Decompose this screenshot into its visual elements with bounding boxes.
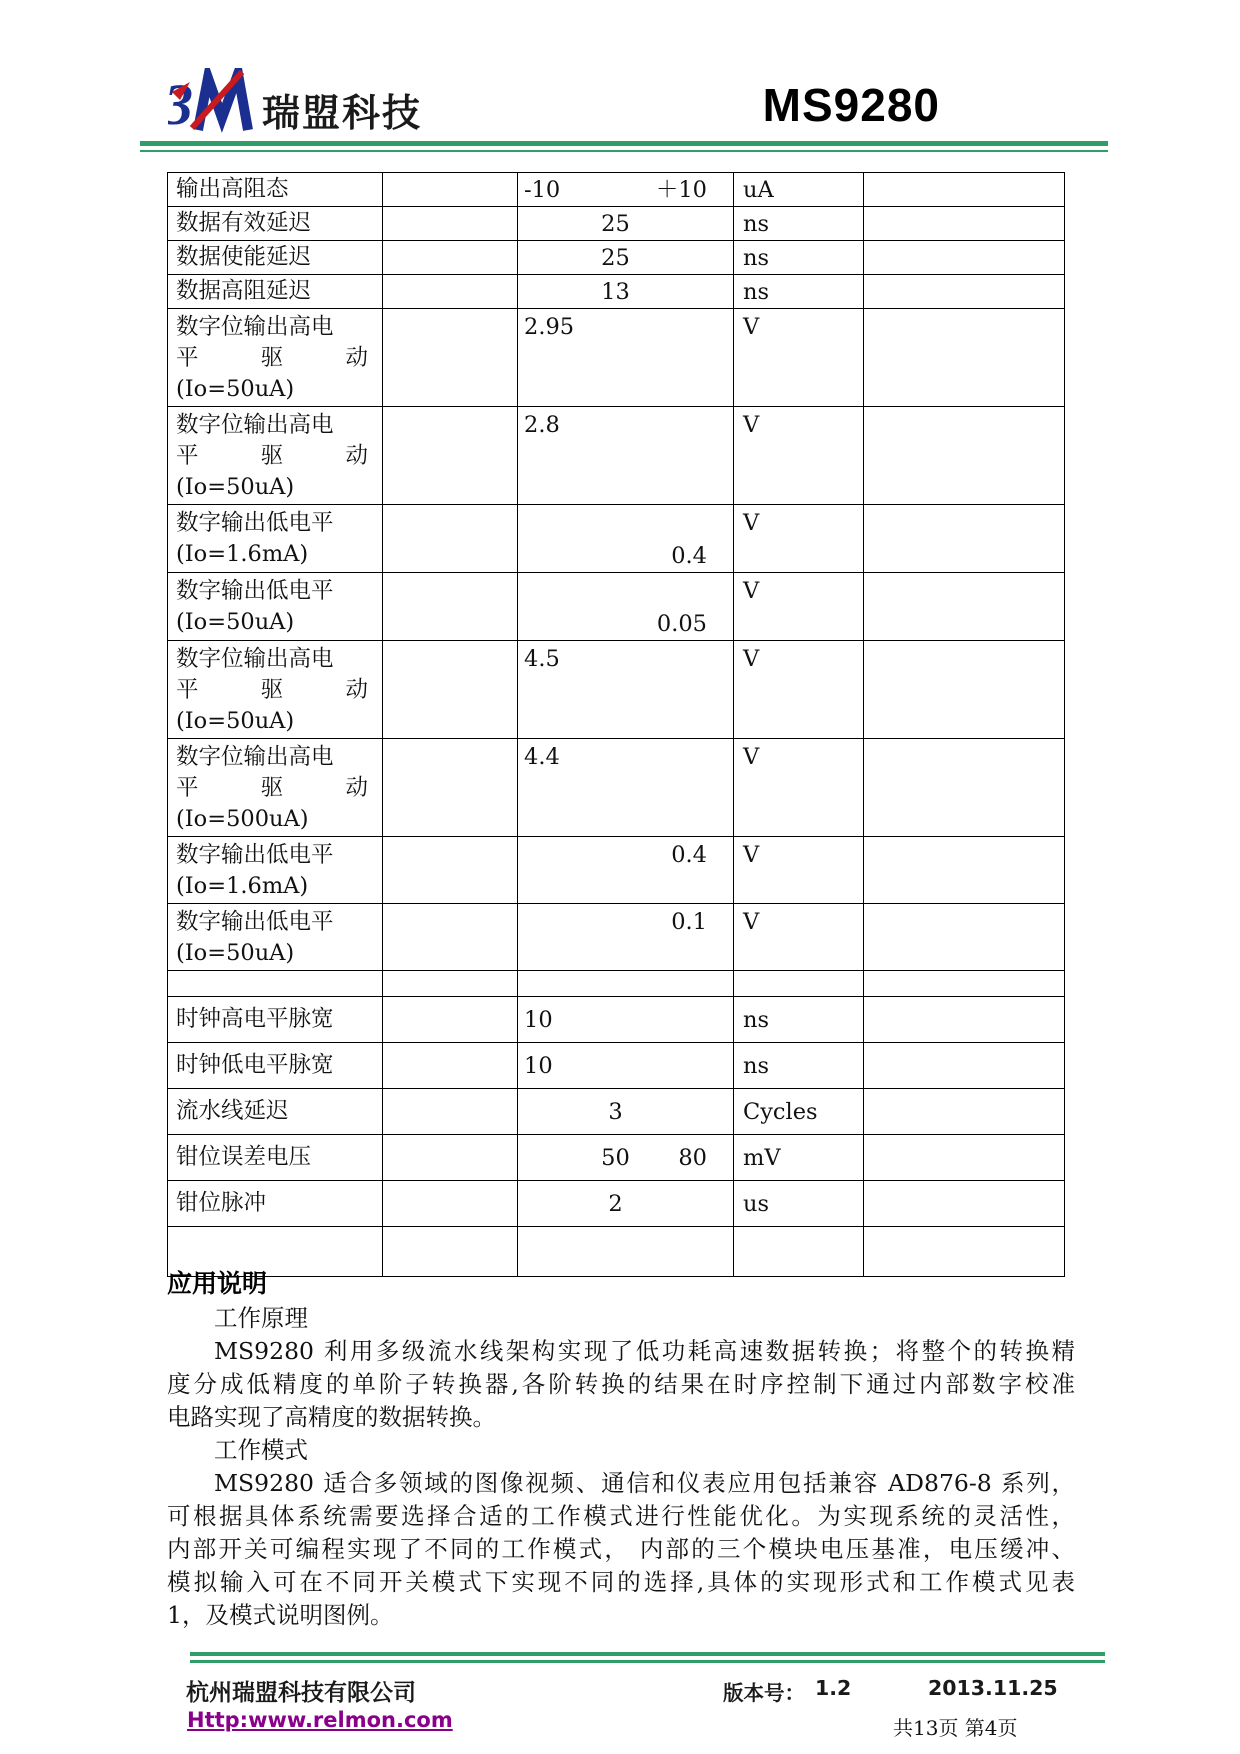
unit-cell: V <box>734 904 864 971</box>
min-value: 4.4 <box>518 742 585 772</box>
max-value: 0.1 <box>646 907 733 937</box>
company-logo: 3 <box>168 68 260 138</box>
value-cell: 4.5 <box>518 641 734 739</box>
param-cell: 数字位输出高电平 驱 动(Io=50uA) <box>168 407 383 505</box>
value-cell: 10 <box>518 1043 734 1089</box>
param-text: 数字输出低电平 <box>176 840 376 871</box>
condition-cell <box>383 309 518 407</box>
unit-cell: ns <box>734 1043 864 1089</box>
note-cell <box>864 1135 1065 1181</box>
condition-cell <box>383 1135 518 1181</box>
unit-cell: ns <box>734 207 864 241</box>
svg-text:3: 3 <box>168 72 193 137</box>
company-name: 瑞盟科技 <box>262 82 422 137</box>
note-cell <box>864 997 1065 1043</box>
value-cell: 2 <box>518 1181 734 1227</box>
value-cell: 4.4 <box>518 739 734 837</box>
param-text: 数字位输出高电 <box>176 644 376 675</box>
param-cell: 数字输出低电平(Io=50uA) <box>168 904 383 971</box>
unit-cell: V <box>734 573 864 641</box>
min-value <box>518 1143 585 1173</box>
max-value <box>646 1051 733 1081</box>
note-cell <box>864 309 1065 407</box>
max-value: 0.4 <box>646 541 733 571</box>
table-row: 数字输出低电平(Io=1.6mA)0.4V <box>168 505 1065 573</box>
max-value <box>646 410 733 440</box>
value-cell: 25 <box>518 241 734 275</box>
min-value <box>518 541 585 571</box>
table-row: 时钟低电平脉宽10ns <box>168 1043 1065 1089</box>
param-cell: 数据使能延迟 <box>168 241 383 275</box>
condition-cell <box>383 573 518 641</box>
note-cell <box>864 971 1065 997</box>
subsection-working-principle: 工作原理 <box>167 1302 1075 1335</box>
param-text: 数据使能延迟 <box>176 242 376 273</box>
paragraph-line: 模拟输入可在不同开关模式下实现不同的选择,具体的实现形式和工作模式见表 <box>167 1566 1075 1599</box>
condition-cell <box>383 275 518 309</box>
param-cell: 数据有效延迟 <box>168 207 383 241</box>
value-cell: 25 <box>518 207 734 241</box>
unit-cell <box>734 971 864 997</box>
paragraph-line: MS9280 利用多级流水线架构实现了低功耗高速数据转换；将整个的转换精 <box>167 1335 1075 1368</box>
param-cell: 数字输出低电平(Io=1.6mA) <box>168 505 383 573</box>
unit-cell: ns <box>734 241 864 275</box>
min-value: 10 <box>518 1051 585 1081</box>
min-value <box>518 1189 585 1219</box>
param-cell: 数字输出低电平(Io=1.6mA) <box>168 837 383 904</box>
paragraph-line: 内部开关可编程实现了不同的工作模式， 内部的三个模块电压基准，电压缓冲、 <box>167 1533 1075 1566</box>
typ-value: 2 <box>585 1189 646 1219</box>
typ-value: 50 <box>585 1143 646 1173</box>
param-cell: 数字输出低电平(Io=50uA) <box>168 573 383 641</box>
footer-version: 版本号： 1.2 <box>723 1676 851 1706</box>
table-row: 输出高阻态-10＋10uA <box>168 173 1065 207</box>
unit-cell: V <box>734 739 864 837</box>
param-text: 数字输出低电平 <box>176 576 376 607</box>
typ-value <box>585 312 646 342</box>
typ-value <box>585 1051 646 1081</box>
param-cell: 数字位输出高电平 驱 动(Io=500uA) <box>168 739 383 837</box>
condition-cell <box>383 971 518 997</box>
max-value <box>646 644 733 674</box>
max-value <box>646 277 733 307</box>
footer-website-link[interactable]: Http:www.relmon.com <box>187 1708 453 1732</box>
condition-cell <box>383 407 518 505</box>
value-cell: 2.8 <box>518 407 734 505</box>
min-value <box>518 1097 585 1127</box>
max-value <box>646 243 733 273</box>
param-text: 流水线延迟 <box>176 1096 376 1127</box>
max-value: 80 <box>646 1143 733 1173</box>
note-cell <box>864 904 1065 971</box>
version-label: 版本号： <box>723 1676 805 1706</box>
param-cell: 数字位输出高电平 驱 动(Io=50uA) <box>168 309 383 407</box>
typ-value: 13 <box>585 277 646 307</box>
param-cell: 时钟高电平脉宽 <box>168 997 383 1043</box>
typ-value <box>585 410 646 440</box>
param-text: (Io=1.6mA) <box>176 539 376 570</box>
max-value <box>646 1189 733 1219</box>
param-text: 钳位脉冲 <box>176 1188 376 1219</box>
param-cell: 数字位输出高电平 驱 动(Io=50uA) <box>168 641 383 739</box>
typ-value: 3 <box>585 1097 646 1127</box>
param-text: (Io=50uA) <box>176 607 376 638</box>
typ-value <box>585 541 646 571</box>
min-value: 2.95 <box>518 312 585 342</box>
condition-cell <box>383 904 518 971</box>
note-cell <box>864 505 1065 573</box>
param-text: 数据高阻延迟 <box>176 276 376 307</box>
param-text: 数字位输出高电 <box>176 410 376 441</box>
unit-cell: uA <box>734 173 864 207</box>
table-row: 数字位输出高电平 驱 动(Io=50uA)2.8V <box>168 407 1065 505</box>
typ-value: 25 <box>585 243 646 273</box>
unit-cell: V <box>734 309 864 407</box>
table-row: 数据使能延迟25ns <box>168 241 1065 275</box>
table-row: 数字输出低电平(Io=1.6mA)0.4V <box>168 837 1065 904</box>
spec-table-body: 输出高阻态-10＋10uA数据有效延迟25ns数据使能延迟25ns数据高阻延迟1… <box>168 173 1065 1277</box>
param-cell: 数据高阻延迟 <box>168 275 383 309</box>
min-value: -10 <box>518 175 585 205</box>
param-text: 时钟高电平脉宽 <box>176 1004 376 1035</box>
value-cell: 3 <box>518 1089 734 1135</box>
note-cell <box>864 739 1065 837</box>
param-text: 输出高阻态 <box>176 174 376 205</box>
param-text: 平 驱 动 <box>176 773 376 804</box>
min-value <box>518 609 585 639</box>
param-text: (Io=1.6mA) <box>176 871 376 902</box>
condition-cell <box>383 1181 518 1227</box>
value-cell: 5080 <box>518 1135 734 1181</box>
param-cell: 钳位脉冲 <box>168 1181 383 1227</box>
unit-cell: V <box>734 407 864 505</box>
note-cell <box>864 241 1065 275</box>
param-text: 数字位输出高电 <box>176 312 376 343</box>
note-cell <box>864 275 1065 309</box>
table-row: 钳位脉冲2us <box>168 1181 1065 1227</box>
typ-value <box>585 175 646 205</box>
typ-value <box>585 609 646 639</box>
max-value <box>646 312 733 342</box>
max-value <box>646 209 733 239</box>
value-cell: 13 <box>518 275 734 309</box>
param-text: 数字输出低电平 <box>176 508 376 539</box>
condition-cell <box>383 641 518 739</box>
condition-cell <box>383 837 518 904</box>
min-value: 2.8 <box>518 410 585 440</box>
param-text: (Io=50uA) <box>176 706 376 737</box>
value-cell: 2.95 <box>518 309 734 407</box>
param-text: 平 驱 动 <box>176 441 376 472</box>
param-text: 数字位输出高电 <box>176 742 376 773</box>
condition-cell <box>383 739 518 837</box>
condition-cell <box>383 505 518 573</box>
min-value <box>518 907 585 937</box>
note-cell <box>864 407 1065 505</box>
param-cell: 输出高阻态 <box>168 173 383 207</box>
footer-page-number: 共13页 第4页 <box>893 1712 1018 1741</box>
typ-value <box>585 1005 646 1035</box>
typ-value: 25 <box>585 209 646 239</box>
param-cell: 流水线延迟 <box>168 1089 383 1135</box>
table-row <box>168 971 1065 997</box>
typ-value <box>585 907 646 937</box>
min-value <box>518 277 585 307</box>
footer-company-name: 杭州瑞盟科技有限公司 <box>186 1674 416 1707</box>
value-cell: 0.1 <box>518 904 734 971</box>
footer-divider <box>190 1652 1105 1663</box>
header-divider <box>140 141 1108 152</box>
value-cell <box>518 971 734 997</box>
unit-cell: ns <box>734 997 864 1043</box>
table-row: 数据高阻延迟13ns <box>168 275 1065 309</box>
table-row: 流水线延迟3Cycles <box>168 1089 1065 1135</box>
note-cell <box>864 837 1065 904</box>
note-cell <box>864 1089 1065 1135</box>
typ-value <box>585 742 646 772</box>
param-text: 时钟低电平脉宽 <box>176 1050 376 1081</box>
unit-cell: V <box>734 505 864 573</box>
max-value <box>646 1097 733 1127</box>
param-text: 数字输出低电平 <box>176 907 376 938</box>
value-cell: 0.4 <box>518 837 734 904</box>
section-title: 应用说明 <box>167 1268 1075 1300</box>
spec-table: 输出高阻态-10＋10uA数据有效延迟25ns数据使能延迟25ns数据高阻延迟1… <box>167 172 1065 1277</box>
param-text: 平 驱 动 <box>176 343 376 374</box>
paragraph-principle: MS9280 利用多级流水线架构实现了低功耗高速数据转换；将整个的转换精度分成低… <box>167 1335 1075 1434</box>
unit-cell: mV <box>734 1135 864 1181</box>
condition-cell <box>383 997 518 1043</box>
table-row: 数字位输出高电平 驱 动(Io=50uA)4.5V <box>168 641 1065 739</box>
param-cell: 钳位误差电压 <box>168 1135 383 1181</box>
note-cell <box>864 1043 1065 1089</box>
unit-cell: Cycles <box>734 1089 864 1135</box>
max-value <box>646 1005 733 1035</box>
paragraph-line: 1，及模式说明图例。 <box>167 1599 1075 1632</box>
subsection-working-mode: 工作模式 <box>167 1434 1075 1467</box>
table-row: 钳位误差电压5080mV <box>168 1135 1065 1181</box>
paragraph-line: 可根据具体系统需要选择合适的工作模式进行性能优化。为实现系统的灵活性， <box>167 1500 1075 1533</box>
unit-cell: us <box>734 1181 864 1227</box>
paragraph-mode: MS9280 适合多领域的图像视频、通信和仪表应用包括兼容 AD876-8 系列… <box>167 1467 1075 1632</box>
param-text: (Io=500uA) <box>176 804 376 835</box>
min-value <box>518 840 585 870</box>
note-cell <box>864 641 1065 739</box>
paragraph-line: MS9280 适合多领域的图像视频、通信和仪表应用包括兼容 AD876-8 系列… <box>167 1467 1075 1500</box>
param-text: (Io=50uA) <box>176 938 376 969</box>
value-cell: 10 <box>518 997 734 1043</box>
table-row: 数据有效延迟25ns <box>168 207 1065 241</box>
param-cell <box>168 971 383 997</box>
paragraph-line: 度分成低精度的单阶子转换器,各阶转换的结果在时序控制下通过内部数字校准 <box>167 1368 1075 1401</box>
min-value <box>518 243 585 273</box>
value-cell: 0.4 <box>518 505 734 573</box>
note-cell <box>864 173 1065 207</box>
value-cell: 0.05 <box>518 573 734 641</box>
unit-cell: V <box>734 641 864 739</box>
datasheet-page: 3 瑞盟科技 MS9280 输出高阻态-10＋10uA数据有效延迟25ns数据使… <box>0 0 1240 1754</box>
param-text: 数据有效延迟 <box>176 208 376 239</box>
unit-cell: V <box>734 837 864 904</box>
param-text: (Io=50uA) <box>176 374 376 405</box>
param-text: 平 驱 动 <box>176 675 376 706</box>
typ-value <box>585 644 646 674</box>
param-cell: 时钟低电平脉宽 <box>168 1043 383 1089</box>
footer-date: 2013.11.25 <box>928 1676 1058 1700</box>
param-text: 钳位误差电压 <box>176 1142 376 1173</box>
table-row: 数字输出低电平(Io=50uA)0.1V <box>168 904 1065 971</box>
note-cell <box>864 1181 1065 1227</box>
max-value <box>646 742 733 772</box>
table-row: 时钟高电平脉宽10ns <box>168 997 1065 1043</box>
value-cell: -10＋10 <box>518 173 734 207</box>
param-text: (Io=50uA) <box>176 472 376 503</box>
condition-cell <box>383 1043 518 1089</box>
max-value: 0.05 <box>646 609 733 639</box>
max-value: ＋10 <box>646 175 733 205</box>
note-cell <box>864 207 1065 241</box>
typ-value <box>585 840 646 870</box>
min-value: 10 <box>518 1005 585 1035</box>
condition-cell <box>383 173 518 207</box>
rm-logo-icon: 3 <box>168 68 260 138</box>
condition-cell <box>383 207 518 241</box>
paragraph-line: 电路实现了高精度的数据转换。 <box>167 1401 1075 1434</box>
note-cell <box>864 573 1065 641</box>
table-row: 数字位输出高电平 驱 动(Io=500uA)4.4V <box>168 739 1065 837</box>
min-value <box>518 209 585 239</box>
table-row: 数字输出低电平(Io=50uA)0.05V <box>168 573 1065 641</box>
application-notes-section: 应用说明 工作原理 MS9280 利用多级流水线架构实现了低功耗高速数据转换；将… <box>167 1268 1075 1632</box>
table-row: 数字位输出高电平 驱 动(Io=50uA)2.95V <box>168 309 1065 407</box>
min-value: 4.5 <box>518 644 585 674</box>
version-value: 1.2 <box>815 1676 851 1706</box>
part-number-title: MS9280 <box>763 78 940 132</box>
condition-cell <box>383 241 518 275</box>
max-value: 0.4 <box>646 840 733 870</box>
condition-cell <box>383 1089 518 1135</box>
unit-cell: ns <box>734 275 864 309</box>
